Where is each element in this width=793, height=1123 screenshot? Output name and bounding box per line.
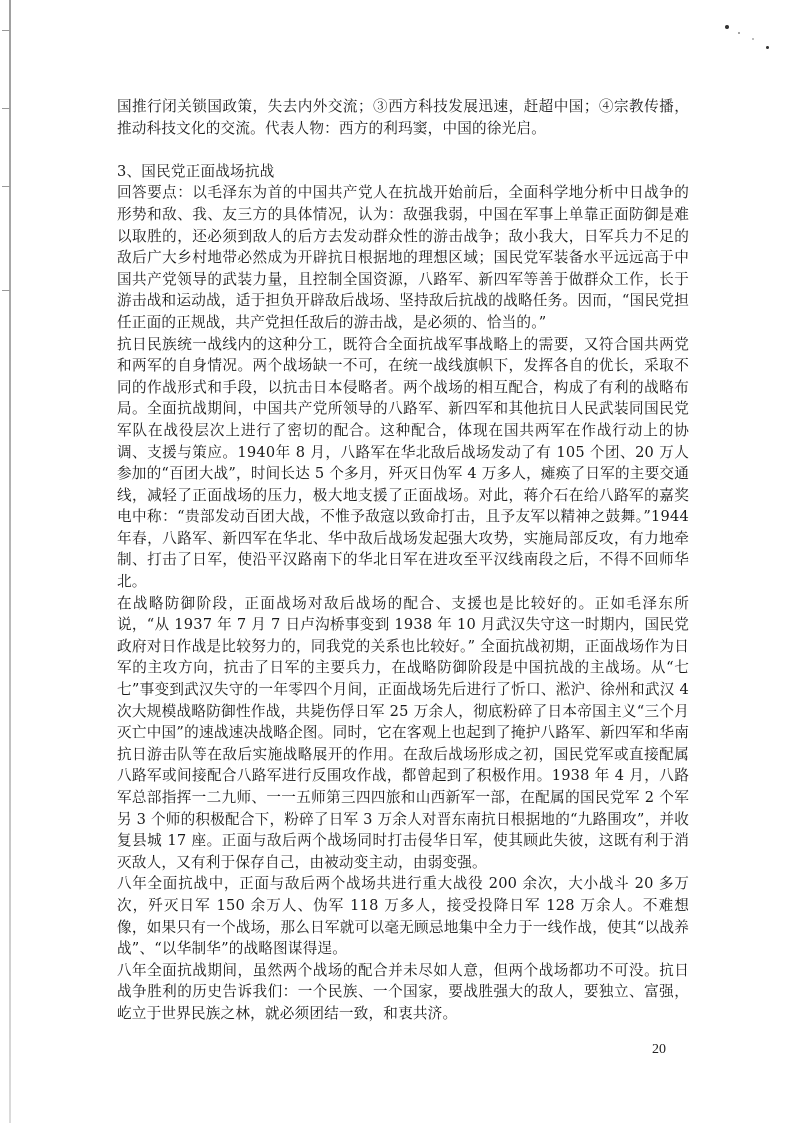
paragraph-gap — [117, 139, 689, 161]
section-heading: 3、国民党正面战场抗战 — [117, 161, 689, 183]
body-paragraph-2: 抗日民族统一战线内的这种分工，既符合全面抗战军事战略上的需要，又符合国共两党和两… — [117, 334, 689, 593]
scan-mark — [2, 290, 10, 291]
speck — [752, 38, 754, 40]
scan-mark — [2, 30, 10, 31]
document-body: 国推行闭关锁国政策，失去内外交流；③西方科技发展迅速，赶超中国；④宗教传播，推动… — [117, 96, 689, 1025]
body-paragraph-5: 八年全面抗战期间，虽然两个战场的配合并未尽如人意，但两个战场都功不可没。抗日战争… — [117, 960, 689, 1025]
scan-mark — [2, 108, 10, 109]
body-paragraph-4: 八年全面抗战中，正面与敌后两个战场共进行重大战役 200 余次，大小战斗 20 … — [117, 873, 689, 959]
speck — [738, 32, 740, 34]
scan-specks — [700, 10, 780, 50]
speck — [725, 25, 729, 29]
scan-edge-line — [9, 0, 11, 1123]
body-paragraph-1: 回答要点：以毛泽东为首的中国共产党人在抗战开始前后，全面科学地分析中日战争的形势… — [117, 182, 689, 333]
body-paragraph-3: 在战略防御阶段，正面战场对敌后战场的配合、支援也是比较好的。正如毛泽东所说，“从… — [117, 593, 689, 874]
page-number: 20 — [652, 1042, 666, 1058]
intro-paragraph: 国推行闭关锁国政策，失去内外交流；③西方科技发展迅速，赶超中国；④宗教传播，推动… — [117, 96, 689, 139]
scan-mark — [2, 186, 10, 187]
speck — [766, 46, 769, 49]
